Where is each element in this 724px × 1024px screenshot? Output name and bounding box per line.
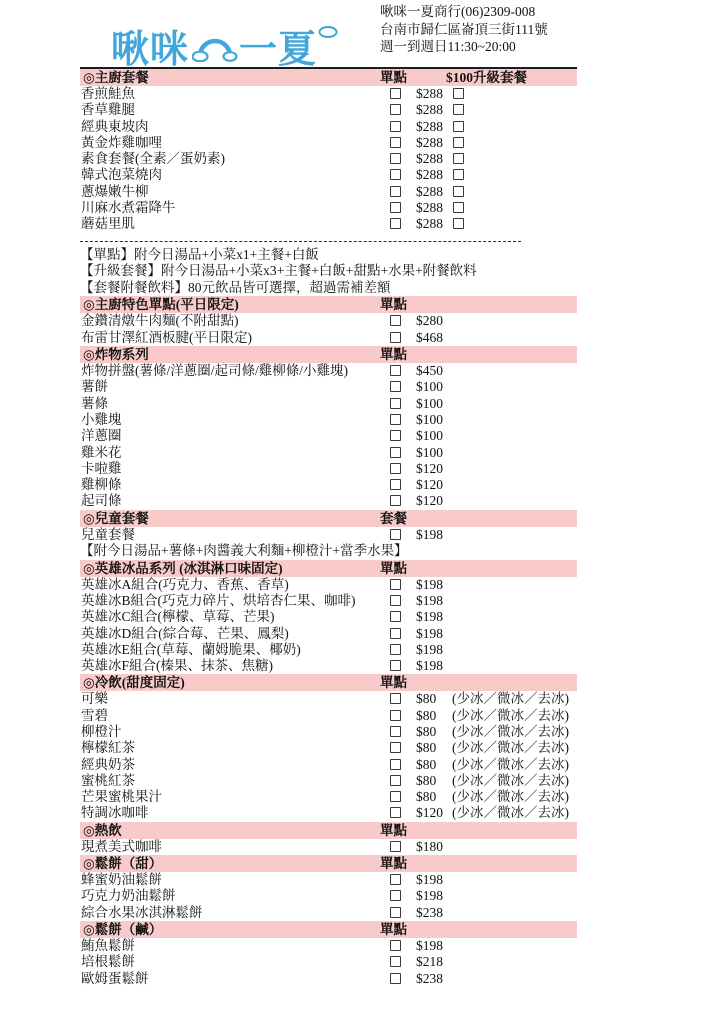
menu-item-row: 英雄冰D組合(綜合莓、芒果、鳳梨)$198 bbox=[80, 626, 577, 642]
column-label-single: 單點 bbox=[380, 560, 407, 577]
single-checkbox[interactable] bbox=[390, 463, 401, 474]
menu-item-row: 英雄冰F組合(榛果、抹茶、焦糖)$198 bbox=[80, 658, 577, 674]
single-checkbox[interactable] bbox=[390, 890, 401, 901]
menu-item-row: 洋蔥圈$100 bbox=[80, 428, 577, 444]
item-name: 英雄冰D組合(綜合莓、芒果、鳳梨) bbox=[81, 626, 289, 642]
single-checkbox[interactable] bbox=[390, 611, 401, 622]
single-checkbox[interactable] bbox=[390, 169, 401, 180]
business-info: 啾咪一夏商行(06)2309-008 台南市歸仁區崙頂三街111號 週一到週日1… bbox=[380, 3, 548, 56]
item-price: $80 bbox=[416, 708, 436, 724]
single-checkbox[interactable] bbox=[390, 186, 401, 197]
ice-options: (少冰／微冰／去冰) bbox=[452, 724, 569, 740]
upgrade-checkbox[interactable] bbox=[453, 186, 464, 197]
section-title: ◎主廚特色單點(平日限定) bbox=[83, 296, 239, 313]
upgrade-checkbox[interactable] bbox=[453, 153, 464, 164]
single-checkbox[interactable] bbox=[390, 495, 401, 506]
menu-item-row: 培根鬆餅$218 bbox=[80, 954, 577, 970]
item-price: $238 bbox=[416, 971, 443, 987]
item-name: 蜂蜜奶油鬆餅 bbox=[81, 872, 162, 888]
business-hours: 週一到週日11:30~20:00 bbox=[380, 38, 548, 56]
item-name: 小雞塊 bbox=[81, 412, 122, 428]
item-price: $288 bbox=[416, 86, 443, 102]
menu-item-row: 檸檬紅茶$80(少冰／微冰／去冰) bbox=[80, 740, 577, 756]
item-name: 黃金炸雞咖哩 bbox=[81, 135, 162, 151]
item-name: 素食套餐(全素／蛋奶素) bbox=[81, 151, 225, 167]
menu-item-row: 金鑽清燉牛肉麵(不附甜點)$280 bbox=[80, 313, 577, 329]
column-label-single: 單點 bbox=[380, 69, 407, 86]
item-price: $198 bbox=[416, 609, 443, 625]
upgrade-checkbox[interactable] bbox=[453, 104, 464, 115]
logo-text-part1: 啾咪 bbox=[111, 31, 189, 69]
single-checkbox[interactable] bbox=[390, 660, 401, 671]
menu-item-row: 歐姆蛋鬆餅$238 bbox=[80, 971, 577, 987]
menu-item-row: 薯條$100 bbox=[80, 396, 577, 412]
item-price: $198 bbox=[416, 642, 443, 658]
item-price: $288 bbox=[416, 216, 443, 232]
menu-item-row: 起司條$120 bbox=[80, 493, 577, 509]
dashed-divider bbox=[80, 241, 521, 242]
column-label-single: 單點 bbox=[380, 674, 407, 691]
menu-item-row: 巧克力奶油鬆餅$198 bbox=[80, 888, 577, 904]
section-header: ◎鬆餅（甜）單點 bbox=[80, 855, 577, 872]
item-price: $288 bbox=[416, 167, 443, 183]
single-checkbox[interactable] bbox=[390, 414, 401, 425]
single-checkbox[interactable] bbox=[390, 759, 401, 770]
single-checkbox[interactable] bbox=[390, 121, 401, 132]
section-header: ◎英雄冰品系列 (冰淇淋口味固定)單點 bbox=[80, 560, 577, 577]
single-checkbox[interactable] bbox=[390, 153, 401, 164]
item-name: 卡啦雞 bbox=[81, 461, 122, 477]
single-checkbox[interactable] bbox=[390, 644, 401, 655]
item-name: 培根鬆餅 bbox=[81, 954, 135, 970]
item-name: 兒童套餐 bbox=[81, 527, 135, 543]
menu-content: 啾咪 一夏 啾咪一夏商行(06)2309-008 台南市歸仁 bbox=[80, 0, 577, 987]
upgrade-checkbox[interactable] bbox=[453, 169, 464, 180]
single-checkbox[interactable] bbox=[390, 956, 401, 967]
single-checkbox[interactable] bbox=[390, 710, 401, 721]
single-checkbox[interactable] bbox=[390, 529, 401, 540]
menu-header: 啾咪 一夏 啾咪一夏商行(06)2309-008 台南市歸仁 bbox=[80, 0, 577, 67]
item-name: 炸物拼盤(薯條/洋蔥圈/起司條/雞柳條/小雞塊) bbox=[81, 363, 348, 379]
section-title: ◎鬆餅（鹹） bbox=[83, 921, 162, 938]
section-title: ◎熱飲 bbox=[83, 822, 122, 839]
item-price: $80 bbox=[416, 773, 436, 789]
item-name: 金鑽清燉牛肉麵(不附甜點) bbox=[81, 313, 239, 329]
section-title: ◎炸物系列 bbox=[83, 346, 149, 363]
ice-options: (少冰／微冰／去冰) bbox=[452, 708, 569, 724]
menu-item-row: 卡啦雞$120 bbox=[80, 461, 577, 477]
menu-item-row: 綜合水果冰淇淋鬆餅$238 bbox=[80, 905, 577, 921]
single-checkbox[interactable] bbox=[390, 579, 401, 590]
item-price: $288 bbox=[416, 119, 443, 135]
item-price: $100 bbox=[416, 396, 443, 412]
ice-options: (少冰／微冰／去冰) bbox=[452, 773, 569, 789]
menu-item-row: 柳橙汁$80(少冰／微冰／去冰) bbox=[80, 724, 577, 740]
menu-item-row: 英雄冰A組合(巧克力、香蕉、香草)$198 bbox=[80, 577, 577, 593]
menu-item-row: 雪碧$80(少冰／微冰／去冰) bbox=[80, 708, 577, 724]
single-checkbox[interactable] bbox=[390, 841, 401, 852]
menu-item-row: 黃金炸雞咖哩$288 bbox=[80, 135, 577, 151]
item-price: $238 bbox=[416, 905, 443, 921]
menu-item-row: 鮪魚鬆餅$198 bbox=[80, 938, 577, 954]
item-name: 雞柳條 bbox=[81, 477, 122, 493]
item-price: $100 bbox=[416, 412, 443, 428]
restaurant-logo: 啾咪 一夏 bbox=[111, 7, 338, 69]
item-price: $120 bbox=[416, 493, 443, 509]
menu-body: ◎主廚套餐單點$100升級套餐香煎鮭魚$288香草雞腿$288經典東坡肉$288… bbox=[80, 67, 577, 987]
section-header: ◎鬆餅（鹹）單點 bbox=[80, 921, 577, 938]
single-checkbox[interactable] bbox=[390, 398, 401, 409]
column-label-single: 單點 bbox=[380, 921, 407, 938]
item-name: 英雄冰F組合(榛果、抹茶、焦糖) bbox=[81, 658, 273, 674]
section-header: ◎熱飲單點 bbox=[80, 822, 577, 839]
ice-options: (少冰／微冰／去冰) bbox=[452, 740, 569, 756]
single-checkbox[interactable] bbox=[390, 88, 401, 99]
cloud-icon bbox=[318, 7, 338, 45]
item-name: 薯餅 bbox=[81, 379, 108, 395]
section-title: ◎兒童套餐 bbox=[83, 510, 149, 527]
item-name: 韓式泡菜燒肉 bbox=[81, 167, 162, 183]
item-price: $100 bbox=[416, 428, 443, 444]
upgrade-checkbox[interactable] bbox=[453, 218, 464, 229]
item-name: 蔥爆嫩牛柳 bbox=[81, 184, 149, 200]
item-price: $80 bbox=[416, 757, 436, 773]
column-label-single: 單點 bbox=[380, 822, 407, 839]
item-name: 蜜桃紅茶 bbox=[81, 773, 135, 789]
ice-options: (少冰／微冰／去冰) bbox=[452, 805, 569, 821]
menu-item-row: 蔥爆嫩牛柳$288 bbox=[80, 184, 577, 200]
menu-note: 【套餐附餐飲料】80元飲品皆可選擇，超過需補差額 bbox=[80, 280, 577, 297]
item-name: 特調冰咖啡 bbox=[81, 805, 149, 821]
item-price: $80 bbox=[416, 724, 436, 740]
single-checkbox[interactable] bbox=[390, 628, 401, 639]
single-checkbox[interactable] bbox=[390, 430, 401, 441]
single-checkbox[interactable] bbox=[390, 595, 401, 606]
upgrade-checkbox[interactable] bbox=[453, 137, 464, 148]
menu-item-row: 兒童套餐$198 bbox=[80, 527, 577, 543]
item-price: $198 bbox=[416, 658, 443, 674]
menu-item-row: 蘑菇里肌$288 bbox=[80, 216, 577, 232]
item-price: $288 bbox=[416, 102, 443, 118]
column-label-single: 單點 bbox=[380, 855, 407, 872]
ice-options: (少冰／微冰／去冰) bbox=[452, 691, 569, 707]
item-price: $198 bbox=[416, 527, 443, 543]
item-price: $198 bbox=[416, 593, 443, 609]
single-checkbox[interactable] bbox=[390, 315, 401, 326]
single-checkbox[interactable] bbox=[390, 202, 401, 213]
item-name: 英雄冰B組合(巧克力碎片、烘培杏仁果、咖啡) bbox=[81, 593, 356, 609]
item-name: 經典奶茶 bbox=[81, 757, 135, 773]
item-price: $198 bbox=[416, 872, 443, 888]
single-checkbox[interactable] bbox=[390, 447, 401, 458]
item-price: $288 bbox=[416, 135, 443, 151]
item-name: 經典東坡肉 bbox=[81, 119, 149, 135]
menu-note: 【單點】附今日湯品+小菜x1+主餐+白飯 bbox=[80, 247, 577, 264]
item-price: $468 bbox=[416, 330, 443, 346]
section-header: ◎主廚特色單點(平日限定)單點 bbox=[80, 296, 577, 313]
single-checkbox[interactable] bbox=[390, 381, 401, 392]
menu-item-row: 香草雞腿$288 bbox=[80, 102, 577, 118]
section-header: ◎兒童套餐套餐 bbox=[80, 510, 577, 527]
item-name: 芒果蜜桃果汁 bbox=[81, 789, 162, 805]
single-checkbox[interactable] bbox=[390, 907, 401, 918]
single-checkbox[interactable] bbox=[390, 973, 401, 984]
single-checkbox[interactable] bbox=[390, 726, 401, 737]
item-price: $450 bbox=[416, 363, 443, 379]
item-name: 英雄冰C組合(檸檬、草莓、芒果) bbox=[81, 609, 275, 625]
item-price: $198 bbox=[416, 888, 443, 904]
item-price: $288 bbox=[416, 151, 443, 167]
item-name: 薯條 bbox=[81, 396, 108, 412]
item-price: $80 bbox=[416, 789, 436, 805]
section-title: ◎英雄冰品系列 (冰淇淋口味固定) bbox=[83, 560, 283, 577]
upgrade-checkbox[interactable] bbox=[453, 202, 464, 213]
single-checkbox[interactable] bbox=[390, 365, 401, 376]
menu-item-row: 川麻水煮霜降牛$288 bbox=[80, 200, 577, 216]
item-price: $180 bbox=[416, 839, 443, 855]
business-address: 台南市歸仁區崙頂三街111號 bbox=[380, 21, 548, 39]
single-checkbox[interactable] bbox=[390, 791, 401, 802]
item-name: 香草雞腿 bbox=[81, 102, 135, 118]
menu-page: 啾咪 一夏 啾咪一夏商行(06)2309-008 台南市歸仁 bbox=[0, 0, 724, 1024]
item-price: $120 bbox=[416, 461, 443, 477]
single-checkbox[interactable] bbox=[390, 940, 401, 951]
menu-item-row: 布雷甘澤紅酒板腱(平日限定)$468 bbox=[80, 330, 577, 346]
single-checkbox[interactable] bbox=[390, 874, 401, 885]
column-label-upgrade: $100升級套餐 bbox=[446, 69, 527, 86]
ice-options: (少冰／微冰／去冰) bbox=[452, 757, 569, 773]
section-header: ◎炸物系列單點 bbox=[80, 346, 577, 363]
single-checkbox[interactable] bbox=[390, 479, 401, 490]
item-price: $198 bbox=[416, 577, 443, 593]
menu-item-row: 香煎鮭魚$288 bbox=[80, 86, 577, 102]
section-note: 【附今日湯品+薯條+肉醬義大利麵+柳橙汁+當季水果】 bbox=[80, 543, 577, 560]
item-price: $288 bbox=[416, 200, 443, 216]
item-price: $120 bbox=[416, 477, 443, 493]
item-name: 英雄冰E組合(草莓、蘭姆脆果、椰奶) bbox=[81, 642, 301, 658]
menu-item-row: 英雄冰E組合(草莓、蘭姆脆果、椰奶)$198 bbox=[80, 642, 577, 658]
business-name-phone: 啾咪一夏商行(06)2309-008 bbox=[380, 3, 548, 21]
section-header: ◎主廚套餐單點$100升級套餐 bbox=[80, 67, 577, 86]
section-title: ◎鬆餅（甜） bbox=[83, 855, 162, 872]
menu-item-row: 蜜桃紅茶$80(少冰／微冰／去冰) bbox=[80, 773, 577, 789]
item-name: 綜合水果冰淇淋鬆餅 bbox=[81, 905, 203, 921]
item-price: $100 bbox=[416, 445, 443, 461]
column-label-single: 單點 bbox=[380, 296, 407, 313]
upgrade-checkbox[interactable] bbox=[453, 88, 464, 99]
item-name: 香煎鮭魚 bbox=[81, 86, 135, 102]
single-checkbox[interactable] bbox=[390, 137, 401, 148]
menu-note: 【升級套餐】附今日湯品+小菜x3+主餐+白飯+甜點+水果+附餐飲料 bbox=[80, 263, 577, 280]
item-name: 柳橙汁 bbox=[81, 724, 122, 740]
item-name: 現煮美式咖啡 bbox=[81, 839, 162, 855]
item-name: 洋蔥圈 bbox=[81, 428, 122, 444]
section-title: ◎冷飲(甜度固定) bbox=[83, 674, 185, 691]
single-checkbox[interactable] bbox=[390, 807, 401, 818]
menu-item-row: 芒果蜜桃果汁$80(少冰／微冰／去冰) bbox=[80, 789, 577, 805]
menu-item-row: 薯餅$100 bbox=[80, 379, 577, 395]
menu-item-row: 英雄冰B組合(巧克力碎片、烘培杏仁果、咖啡)$198 bbox=[80, 593, 577, 609]
item-name: 歐姆蛋鬆餅 bbox=[81, 971, 149, 987]
menu-item-row: 英雄冰C組合(檸檬、草莓、芒果)$198 bbox=[80, 609, 577, 625]
single-checkbox[interactable] bbox=[390, 693, 401, 704]
column-label-single: 套餐 bbox=[380, 510, 407, 527]
item-name: 雪碧 bbox=[81, 708, 108, 724]
item-price: $198 bbox=[416, 626, 443, 642]
menu-item-row: 經典東坡肉$288 bbox=[80, 119, 577, 135]
menu-item-row: 經典奶茶$80(少冰／微冰／去冰) bbox=[80, 757, 577, 773]
menu-item-row: 特調冰咖啡$120(少冰／微冰／去冰) bbox=[80, 805, 577, 821]
section-header: ◎冷飲(甜度固定)單點 bbox=[80, 674, 577, 691]
item-name: 巧克力奶油鬆餅 bbox=[81, 888, 176, 904]
item-price: $288 bbox=[416, 184, 443, 200]
item-price: $100 bbox=[416, 379, 443, 395]
item-name: 英雄冰A組合(巧克力、香蕉、香草) bbox=[81, 577, 289, 593]
menu-item-row: 雞米花$100 bbox=[80, 445, 577, 461]
upgrade-checkbox[interactable] bbox=[453, 121, 464, 132]
item-name: 檸檬紅茶 bbox=[81, 740, 135, 756]
item-price: $120 bbox=[416, 805, 443, 821]
section-title: ◎主廚套餐 bbox=[83, 69, 149, 86]
menu-item-row: 韓式泡菜燒肉$288 bbox=[80, 167, 577, 183]
ice-options: (少冰／微冰／去冰) bbox=[452, 789, 569, 805]
item-name: 雞米花 bbox=[81, 445, 122, 461]
logo-text-part2: 一夏 bbox=[239, 31, 317, 69]
menu-item-row: 現煮美式咖啡$180 bbox=[80, 839, 577, 855]
item-name: 起司條 bbox=[81, 493, 122, 509]
single-checkbox[interactable] bbox=[390, 775, 401, 786]
single-checkbox[interactable] bbox=[390, 332, 401, 343]
menu-item-row: 素食套餐(全素／蛋奶素)$288 bbox=[80, 151, 577, 167]
item-name: 布雷甘澤紅酒板腱(平日限定) bbox=[81, 330, 252, 346]
menu-item-row: 可樂$80(少冰／微冰／去冰) bbox=[80, 691, 577, 707]
rainbow-cloud-icon bbox=[192, 31, 238, 69]
item-name: 蘑菇里肌 bbox=[81, 216, 135, 232]
item-price: $198 bbox=[416, 938, 443, 954]
item-price: $218 bbox=[416, 954, 443, 970]
menu-item-row: 雞柳條$120 bbox=[80, 477, 577, 493]
item-price: $80 bbox=[416, 691, 436, 707]
menu-item-row: 小雞塊$100 bbox=[80, 412, 577, 428]
item-price: $280 bbox=[416, 313, 443, 329]
single-checkbox[interactable] bbox=[390, 218, 401, 229]
menu-item-row: 炸物拼盤(薯條/洋蔥圈/起司條/雞柳條/小雞塊)$450 bbox=[80, 363, 577, 379]
column-label-single: 單點 bbox=[380, 346, 407, 363]
item-name: 川麻水煮霜降牛 bbox=[81, 200, 176, 216]
item-name: 可樂 bbox=[81, 691, 108, 707]
item-name: 鮪魚鬆餅 bbox=[81, 938, 135, 954]
single-checkbox[interactable] bbox=[390, 742, 401, 753]
item-price: $80 bbox=[416, 740, 436, 756]
menu-item-row: 蜂蜜奶油鬆餅$198 bbox=[80, 872, 577, 888]
single-checkbox[interactable] bbox=[390, 104, 401, 115]
